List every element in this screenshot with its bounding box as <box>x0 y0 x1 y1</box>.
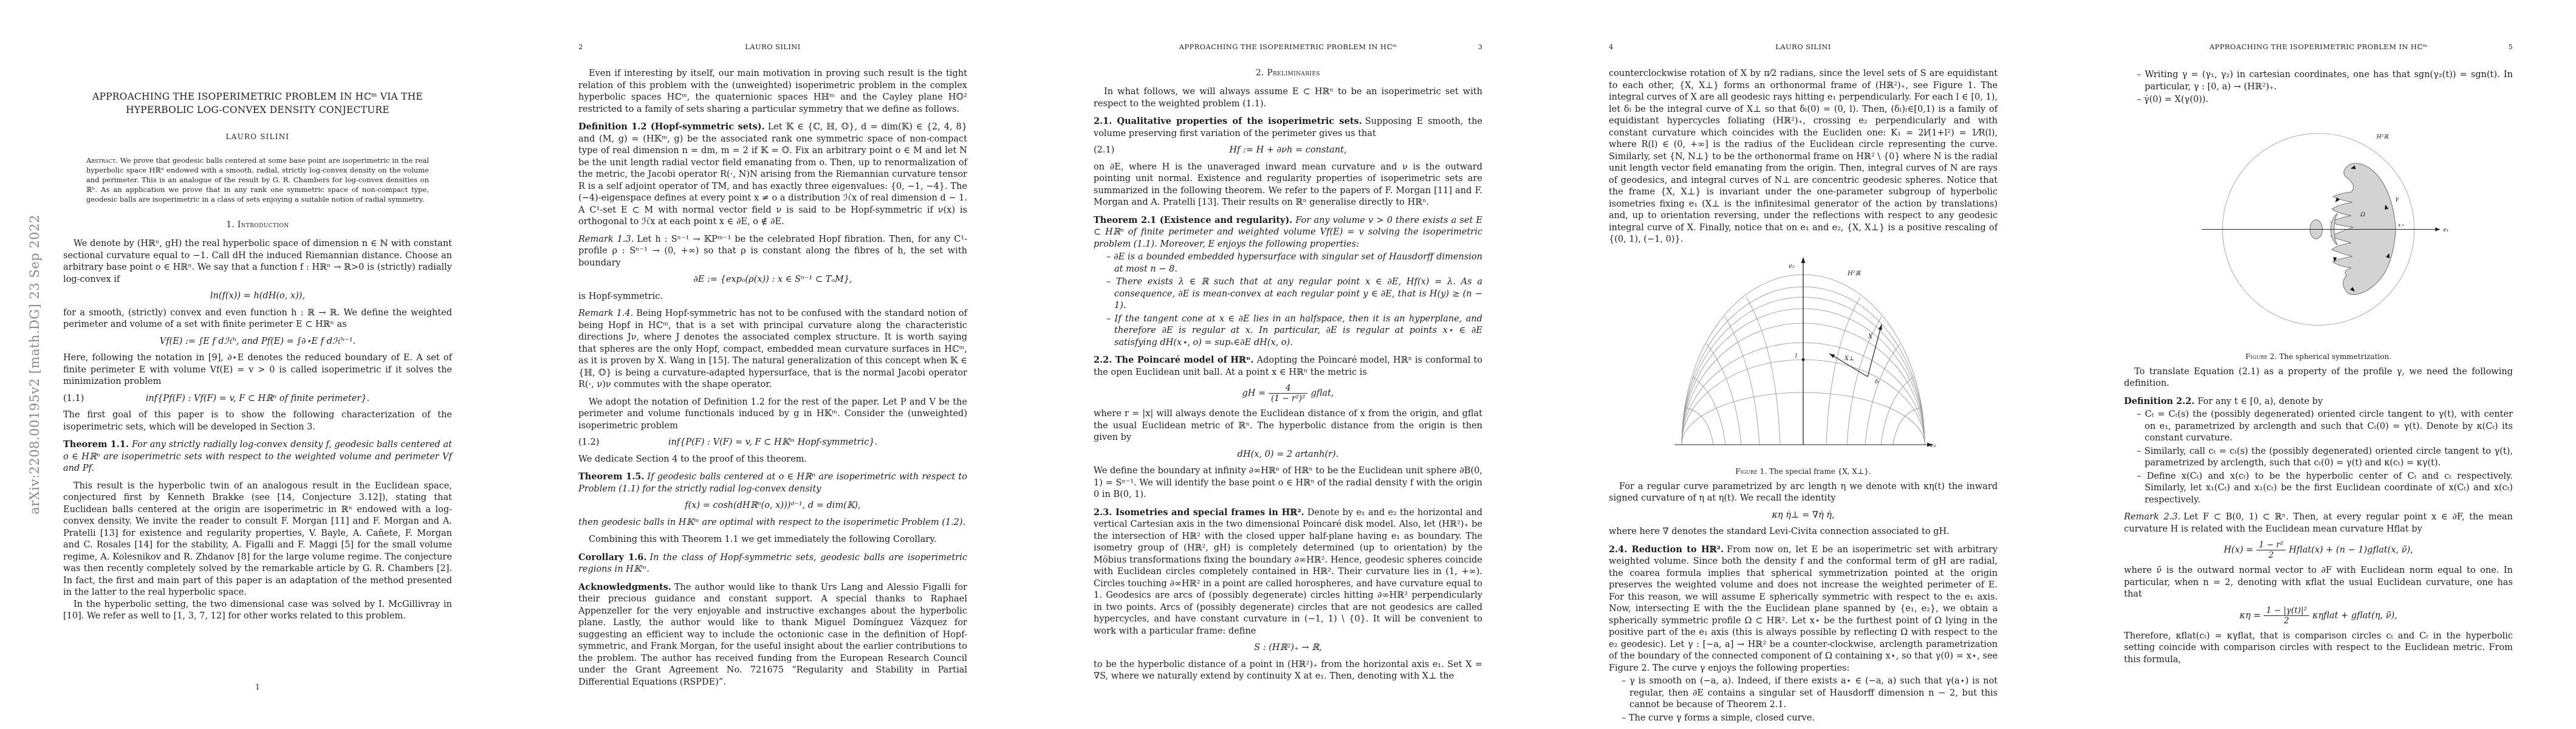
axis-label-e2: e₂ <box>1789 263 1795 270</box>
equation-tag: (1.2) <box>578 437 599 449</box>
page-1: arXiv:2208.00195v2 [math.DG] 23 Sep 2022… <box>0 0 515 729</box>
running-head-author: LAURO SILINI <box>1609 43 1998 51</box>
paragraph: This result is the hyperbolic twin of an… <box>63 481 452 599</box>
corollary-label: Corollary 1.6. <box>578 552 646 563</box>
display-equation-2-1: (2.1)Hf := H + ∂νh = constant, <box>1094 145 1482 157</box>
figure-1-caption-label: Figure 1. <box>1735 467 1767 476</box>
list-item: – Writing γ = (γ₁, γ₂) in cartesian coor… <box>2124 69 2513 93</box>
arxiv-banner: arXiv:2208.00195v2 [math.DG] 23 Sep 2022 <box>27 214 42 515</box>
remark-1-3: Remark 1.3.Let h : Sⁿ⁻¹ → 𝕂Pᵐ⁻¹ be the c… <box>578 234 967 270</box>
running-head-page-number: 5 <box>2509 43 2513 51</box>
theorem-2-1: Theorem 2.1 (Existence and regularity).F… <box>1094 214 1482 251</box>
paragraph: Even if interesting by itself, our main … <box>578 68 967 115</box>
definition-1-2: Definition 1.2 (Hopf-symmetric sets).Let… <box>578 121 967 228</box>
subsection-2-2: 2.2. The Poincaré model of Hℝⁿ.Adopting … <box>1094 354 1482 378</box>
paper-title: APPROACHING THE ISOPERIMETRIC PROBLEM IN… <box>69 90 446 117</box>
fraction: 1 − r²2 <box>2256 540 2286 560</box>
paragraph: For a regular curve parametrized by arc … <box>1609 481 1998 505</box>
label-omega: Ω <box>2360 211 2366 218</box>
label-x-star: x⋆ <box>2398 221 2404 227</box>
running-head-title: APPROACHING THE ISOPERIMETRIC PROBLEM IN… <box>1094 43 1482 51</box>
display-equation: κη η̇⊥ = ∇η̇ η̇, <box>1609 510 1998 522</box>
remark-body: Let h : Sⁿ⁻¹ → 𝕂Pᵐ⁻¹ be the celebrated H… <box>578 234 967 268</box>
paragraph: In what follows, we will always assume E… <box>1094 86 1482 110</box>
paragraph: The first goal of this paper is to show … <box>63 409 452 433</box>
paper-sheet: arXiv:2208.00195v2 [math.DG] 23 Sep 2022… <box>0 0 2576 729</box>
running-head-page-number: 4 <box>1609 43 1613 51</box>
definition-body: Let 𝕂 ∈ {ℂ, ℍ, 𝕆}, d = dim(𝕂) ∈ {2, 4, 8… <box>578 122 967 227</box>
remark-label: Remark 2.3. <box>2124 512 2180 522</box>
running-head: APPROACHING THE ISOPERIMETRIC PROBLEM IN… <box>1094 43 1482 51</box>
equation-post: κηflat + gflat(η, ν̃), <box>2312 611 2397 620</box>
paragraph: is Hopf-symmetric. <box>578 291 967 303</box>
running-head: APPROACHING THE ISOPERIMETRIC PROBLEM IN… <box>2124 43 2513 51</box>
list-item: – If the tangent cone at x ∈ ∂E lies in … <box>1094 313 1482 349</box>
definition-label: Definition 1.2 (Hopf-symmetric sets). <box>578 122 765 132</box>
fraction-denominator: (1 − r²)² <box>1269 394 1307 403</box>
theorem-body-continuation: then geodesic balls in H𝕂ᵐ are optimal w… <box>578 517 967 529</box>
page-2: 2LAURO SILINI Even if interesting by its… <box>515 0 1030 729</box>
page-3-content: 2. Preliminaries In what follows, we wil… <box>1094 68 1482 683</box>
definition-body: For any t ∈ [0, a), denote by <box>2197 397 2323 406</box>
list-item: – There exists λ ∈ ℝ such that at any re… <box>1094 276 1482 312</box>
subsection-label: 2.2. The Poincaré model of Hℝⁿ. <box>1094 355 1254 365</box>
paragraph: We adopt the notation of Definition 1.2 … <box>578 397 967 433</box>
display-equation: dH(x, 0) = 2 artanh(r). <box>1094 449 1482 461</box>
axis-label-e1: e₁ <box>2443 227 2448 233</box>
figure-2-drawing: H²ℝ γ Ω x⋆ e₁ <box>2160 114 2476 345</box>
display-equation-fraction: gH =4(1 − r²)²gflat, <box>1094 383 1482 403</box>
paper-author: LAURO SILINI <box>63 132 452 141</box>
label-gamma: γ <box>2395 196 2399 202</box>
paragraph: counterclockwise rotation of X by π⁄2 ra… <box>1609 68 1998 246</box>
page-1-content: APPROACHING THE ISOPERIMETRIC PROBLEM IN… <box>63 0 452 623</box>
theorem-label: Theorem 2.1 (Existence and regularity). <box>1094 215 1292 225</box>
space-label-H2R: H²ℝ <box>2376 134 2389 140</box>
label-Xperp: X⊥ <box>1844 355 1855 362</box>
subsection-body: Denote by e₁ and e₂ the horizontal and v… <box>1094 508 1482 636</box>
display-equation: ∂E := {expₒ(ρ(x)) : x ∈ Sⁿ⁻¹ ⊂ TₒM}, <box>578 274 967 286</box>
list-item: – ∂E is a bounded embedded hypersurface … <box>1094 252 1482 275</box>
list-item: – The curve γ forms a simple, closed cur… <box>1609 713 1998 725</box>
display-equation: f(x) = cosh(dHℝⁿ(o, x)))ᵈ⁻¹, d = dim(𝕂), <box>578 500 967 512</box>
fraction-numerator: 4 <box>1269 383 1307 394</box>
paragraph: To translate Equation (2.1) as a propert… <box>2124 366 2513 390</box>
acknowledgments-body: The author would like to thank Urs Lang … <box>578 583 967 687</box>
running-head-author: LAURO SILINI <box>578 43 967 51</box>
fraction-denominator: 2 <box>2264 616 2309 626</box>
paragraph: on ∂E, where H is the unaveraged inward … <box>1094 162 1482 209</box>
abstract-label: Abstract. <box>86 156 118 165</box>
list-item: – γ̇(0) = X(γ(0)). <box>2124 94 2513 106</box>
list-item: – Similarly, call cₜ = cₜ(s) the (possib… <box>2124 446 2513 470</box>
vector-X-arrow <box>1868 324 1882 377</box>
paragraph: We dedicate Section 4 to the proof of th… <box>578 454 967 466</box>
remark-label: Remark 1.3. <box>578 234 634 244</box>
running-head: 4LAURO SILINI <box>1609 43 1998 51</box>
display-equation-fraction: H(x) =1 − r²2Hflat(x) + (n − 1)gflat(x, … <box>2124 540 2513 560</box>
paragraph: Here, following the notation in [9], ∂⋆E… <box>63 352 452 388</box>
remark-2-3: Remark 2.3.Let F ⊂ B(0, 1) ⊂ ℝⁿ. Then, a… <box>2124 512 2513 535</box>
section-1-heading: 1. Introduction <box>63 220 452 230</box>
remark-body: Being Hopf-symmetric has not to be confu… <box>578 309 967 389</box>
remark-label: Remark 1.4. <box>578 309 633 318</box>
paragraph: where r = |x| will always denote the Euc… <box>1094 408 1482 444</box>
figure-2-caption-label: Figure 2. <box>2245 352 2277 361</box>
equation-body: Hf := H + ∂νh = constant, <box>1229 145 1346 155</box>
remark-body: Let F ⊂ B(0, 1) ⊂ ℝⁿ. Then, at every reg… <box>2124 512 2513 534</box>
figure-1-drawing: e₂ H²ℝ l X X⊥ δₗ e₁ <box>1670 253 1937 460</box>
running-head: 2LAURO SILINI <box>578 43 967 51</box>
figure-1-caption: Figure 1.The special frame {X, X⊥}. <box>1609 467 1998 476</box>
page-4: 4LAURO SILINI counterclockwise rotation … <box>1546 0 2061 729</box>
display-equation-1-2: (1.2)inf{P(F) : V(F) = v, F ⊂ H𝕂ᵐ Hopf-s… <box>578 437 967 449</box>
paragraph: where here ∇ denotes the standard Levi-C… <box>1609 526 1998 538</box>
paragraph: for a smooth, (strictly) convex and even… <box>63 307 452 331</box>
running-head-page-number: 2 <box>578 43 583 51</box>
list-item: – γ is smooth on (−a, a). Indeed, if the… <box>1609 676 1998 711</box>
label-delta-l: δₗ <box>1875 379 1880 385</box>
equation-post: gflat, <box>1310 389 1334 399</box>
abstract-text: We prove that geodesic balls centered at… <box>86 156 429 204</box>
axis-label-e1: e₁ <box>1930 442 1936 449</box>
list-item: – Define x(Cₜ) and x(cₜ) to be the hyper… <box>2124 471 2513 507</box>
vector-Xperp-arrowhead <box>1829 354 1835 358</box>
subsection-label: 2.1. Qualitative properties of the isope… <box>1094 116 1362 126</box>
equation-pre: κη = <box>2239 611 2261 620</box>
fraction-numerator: 1 − |γ(t)|² <box>2264 606 2309 616</box>
page-2-content: Even if interesting by itself, our main … <box>578 68 967 688</box>
running-head-page-number: 3 <box>1478 43 1482 51</box>
list-item: – Cₜ = Cₜ(s) the (possibly degenerated) … <box>2124 409 2513 445</box>
e2-axis-arrowhead <box>1801 257 1806 263</box>
figure-2-caption: Figure 2.The spherical symmetrization. <box>2124 352 2513 361</box>
definition-2-2: Definition 2.2.For any t ∈ [0, a), denot… <box>2124 395 2513 408</box>
fraction-numerator: 1 − r² <box>2256 540 2286 550</box>
point-l-marker <box>1802 358 1805 361</box>
fraction-denominator: 2 <box>2256 550 2286 560</box>
figure-1-caption-text: The special frame {X, X⊥}. <box>1769 467 1871 476</box>
label-l: l <box>1795 353 1797 360</box>
abstract: Abstract.We prove that geodesic balls ce… <box>86 156 429 204</box>
corollary-1-6: Corollary 1.6.In the class of Hopf-symme… <box>578 552 967 576</box>
paragraph: We define the boundary at infinity ∂∞Hℝⁿ… <box>1094 465 1482 501</box>
display-equation: ln(f(x)) = h(dH(o, x)), <box>63 290 452 303</box>
figure-1: e₂ H²ℝ l X X⊥ δₗ e₁ Figure 1.The special… <box>1609 253 1998 476</box>
theorem-label: Theorem 1.1. <box>63 439 129 450</box>
theorem-1-1: Theorem 1.1.For any strictly radially lo… <box>63 439 452 475</box>
acknowledgments-label: Acknowledgments. <box>578 582 671 592</box>
equation-tag: (2.1) <box>1094 145 1114 157</box>
subsection-2-4: 2.4. Reduction to Hℝ².From now on, let E… <box>1609 544 1998 675</box>
e1-axis-arrowhead <box>2435 227 2440 231</box>
equation-body: inf{P(F) : V(F) = v, F ⊂ H𝕂ᵐ Hopf-symmet… <box>668 437 877 447</box>
display-equation-1-1: (1.1)inf{Pf(F) : Vf(F) = v, F ⊂ Hℝⁿ of f… <box>63 393 452 405</box>
page-5: APPROACHING THE ISOPERIMETRIC PROBLEM IN… <box>2061 0 2576 729</box>
paragraph: We denote by (Hℝⁿ, gH) the real hyperbol… <box>63 238 452 286</box>
acknowledgments: Acknowledgments.The author would like to… <box>578 581 967 689</box>
page-5-content: – Writing γ = (γ₁, γ₂) in cartesian coor… <box>2124 68 2513 666</box>
equation-pre: H(x) = <box>2224 546 2253 555</box>
figure-2: H²ℝ γ Ω x⋆ e₁ Figure 2.The spherical sym… <box>2124 114 2513 361</box>
label-X: X <box>1868 334 1873 340</box>
fraction: 4(1 − r²)² <box>1269 383 1307 403</box>
theorem-1-5: Theorem 1.5.If geodesic balls centered a… <box>578 471 967 495</box>
definition-label: Definition 2.2. <box>2124 396 2194 406</box>
section-2-heading: 2. Preliminaries <box>1094 68 1482 78</box>
equation-post: Hflat(x) + (n − 1)gflat(x, ν̃), <box>2289 546 2413 555</box>
running-head-title: APPROACHING THE ISOPERIMETRIC PROBLEM IN… <box>2124 43 2513 51</box>
theorem-label: Theorem 1.5. <box>578 471 644 482</box>
space-label-H2R: H²ℝ <box>1847 270 1861 277</box>
paragraph: Therefore, κflat(cₜ) = κγflat, that is c… <box>2124 631 2513 666</box>
subsection-body: From now on, let E be an isoperimetric s… <box>1609 545 1998 673</box>
subsection-2-1: 2.1. Qualitative properties of the isope… <box>1094 115 1482 140</box>
equation-body: inf{Pf(F) : Vf(F) = v, F ⊂ Hℝⁿ of finite… <box>146 394 369 403</box>
subsection-2-3: 2.3. Isometries and special frames in Hℝ… <box>1094 507 1482 638</box>
subsection-label: 2.3. Isometries and special frames in Hℝ… <box>1094 507 1304 518</box>
equation-pre: gH = <box>1242 389 1266 399</box>
page-number: 1 <box>0 683 515 691</box>
display-equation: Vf(E) := ∫E f dℋⁿ, and Pf(E) = ∫∂⋆E f dℋ… <box>63 336 452 348</box>
profile-region-omega <box>2331 163 2396 294</box>
vector-X-arrowhead <box>1879 324 1882 330</box>
fraction: 1 − |γ(t)|²2 <box>2264 606 2309 626</box>
equation-tag: (1.1) <box>63 393 84 405</box>
paragraph: In the hyperbolic setting, the two dimen… <box>63 599 452 623</box>
figure-2-caption-text: The spherical symmetrization. <box>2280 352 2392 361</box>
page-3: APPROACHING THE ISOPERIMETRIC PROBLEM IN… <box>1030 0 1546 729</box>
page-4-content: counterclockwise rotation of X by π⁄2 ra… <box>1609 68 1998 724</box>
paragraph: where ν̃ is the outward normal vector to… <box>2124 565 2513 601</box>
remark-1-4: Remark 1.4.Being Hopf-symmetric has not … <box>578 308 967 391</box>
subsection-label: 2.4. Reduction to Hℝ². <box>1609 544 1724 555</box>
paragraph: Combining this with Theorem 1.1 we get i… <box>578 534 967 546</box>
display-equation: S : (Hℝ²)₊ → ℝ, <box>1094 642 1482 654</box>
paragraph: to be the hyperbolic distance of a point… <box>1094 659 1482 683</box>
display-equation-fraction: κη =1 − |γ(t)|²2κηflat + gflat(η, ν̃), <box>2124 606 2513 626</box>
